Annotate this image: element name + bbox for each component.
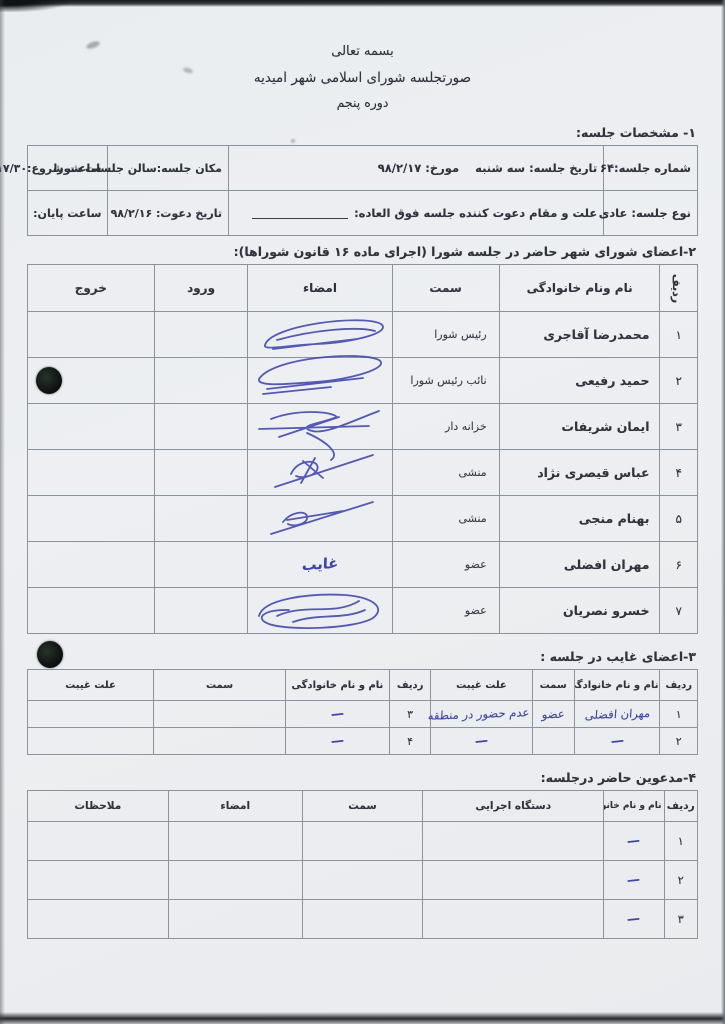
table-header-row: ردیف نام و نام خانوادگی دستگاه اجرایی سم… [28, 791, 698, 822]
table-row: ۵ بهنام منجی منشی [28, 496, 698, 542]
signature-cell [248, 358, 392, 404]
col-header-position: سمت [392, 265, 499, 312]
table-row: ۲ حمید رفیعی نائب رئیس شورا [28, 358, 698, 404]
exit-cell [28, 450, 155, 496]
member-position-cell: منشی [392, 496, 499, 542]
entry-cell [154, 450, 248, 496]
absent-name-cell: — [286, 701, 390, 728]
exit-cell [28, 542, 155, 588]
col-header-name: نام و نام خانوادگی [604, 791, 664, 822]
absent-position-cell [154, 728, 286, 755]
council-term: دوره پنجم [0, 95, 725, 110]
present-members-table: ردیف نام ونام خانوادگی سمت امضاء ورود خر… [27, 264, 698, 634]
start-time-cell: ساعت شروع:۱۷/۳۰ [28, 146, 108, 191]
exit-cell [28, 358, 155, 404]
absence-reason-cell: عدم حضور در منطقه [431, 701, 532, 728]
table-row: ۳ — [28, 900, 698, 939]
row-number-cell: ۷ [660, 588, 698, 634]
end-time-cell: ساعت پایان: [28, 191, 108, 236]
member-position-cell: نائب رئیس شورا [392, 358, 499, 404]
absent-note: غایب [302, 555, 339, 573]
col-header-reason: علت غیبت [28, 670, 154, 701]
col-header-reason: علت غیبت [431, 670, 532, 701]
col-header-entry: ورود [154, 265, 248, 312]
handwritten-dash: — [627, 872, 641, 888]
handwritten-dash: — [330, 706, 344, 722]
signature-cell [168, 900, 302, 939]
signature-ink [245, 347, 395, 399]
absence-reason-cell: — [431, 728, 532, 755]
col-header-notes: ملاحظات [28, 791, 169, 822]
signature-ink [245, 493, 395, 545]
scan-edge-bottom [0, 1012, 725, 1024]
table-row: ۶ مهران افضلی عضو غایب [28, 542, 698, 588]
session-date-cell: تاریخ جلسه: سه شنبهمورخ: ۹۸/۲/۱۷ [229, 146, 604, 191]
session-date-value: مورخ: ۹۸/۲/۱۷ [378, 161, 459, 175]
exit-cell [28, 404, 155, 450]
col-header-row-number: ردیف [664, 791, 698, 822]
member-name-cell: خسرو نصریان [499, 588, 660, 634]
row-number-cell: ۲ [660, 728, 698, 755]
col-header-position: سمت [302, 791, 423, 822]
section3-heading: ۳-اعضای غایب در جلسه : [29, 649, 696, 664]
member-position-cell: خزانه دار [392, 404, 499, 450]
entry-cell [154, 496, 248, 542]
session-number-cell: شماره جلسه:۶۴ [604, 146, 698, 191]
col-header-row-number: ردیف [660, 265, 698, 312]
row-number-cell: ۳ [664, 900, 698, 939]
invitee-name-cell: — [604, 822, 664, 861]
member-name-cell: عباس قیصری نژاد [499, 450, 660, 496]
handwritten-dash: — [610, 733, 624, 749]
row-number-header-label: ردیف [670, 274, 683, 303]
notes-cell [28, 900, 169, 939]
entry-cell [154, 542, 248, 588]
col-header-position: سمت [532, 670, 574, 701]
exit-cell [28, 312, 155, 358]
col-header-row-number: ردیف [660, 670, 698, 701]
entry-cell [154, 312, 248, 358]
row-number-cell: ۱ [660, 701, 698, 728]
exit-cell [28, 588, 155, 634]
handwritten-reason: عدم حضور در منطقه [428, 705, 531, 723]
col-header-name: نام و نام خانوادگی [286, 670, 390, 701]
blank-line [252, 208, 348, 219]
member-name-cell: حمید رفیعی [499, 358, 660, 404]
row-number-cell: ۱ [660, 312, 698, 358]
signature-cell [248, 404, 392, 450]
absent-position-cell [154, 701, 286, 728]
col-header-name: نام و نام خانوادگی [574, 670, 660, 701]
row-number-cell: ۲ [664, 861, 698, 900]
col-header-position: سمت [154, 670, 286, 701]
table-row: ۱ مهران افضلی عضو عدم حضور در منطقه ۳ — [28, 701, 698, 728]
absent-position-cell [532, 728, 574, 755]
member-position-cell: عضو [392, 588, 499, 634]
extraordinary-reason-cell: علت و مقام دعوت کننده جلسه فوق العاده: [229, 191, 604, 236]
row-number-cell: ۴ [389, 728, 431, 755]
row-number-cell: ۴ [660, 450, 698, 496]
table-row: شماره جلسه:۶۴ تاریخ جلسه: سه شنبهمورخ: ۹… [28, 146, 698, 191]
agency-cell [423, 861, 604, 900]
row-number-cell: ۲ [660, 358, 698, 404]
section1-heading: ۱- مشخصات جلسه: [29, 125, 696, 140]
session-date-label: تاریخ جلسه: سه شنبه [475, 161, 597, 175]
entry-cell [154, 404, 248, 450]
extraordinary-reason-label: علت و مقام دعوت کننده جلسه فوق العاده: [354, 206, 597, 220]
member-name-cell: بهنام منجی [499, 496, 660, 542]
agency-cell [423, 900, 604, 939]
handwritten-dash: — [627, 833, 641, 849]
member-name-cell: ایمان شریفات [499, 404, 660, 450]
position-cell [302, 822, 423, 861]
handwritten-dash: — [474, 733, 488, 749]
table-row: ۲ — — ۴ — [28, 728, 698, 755]
invitee-name-cell: — [604, 900, 664, 939]
session-type-cell: نوع جلسه: عادی [604, 191, 698, 236]
col-header-name: نام ونام خانوادگی [499, 265, 660, 312]
position-cell [302, 861, 423, 900]
row-number-cell: ۱ [664, 822, 698, 861]
signature-cell [168, 861, 302, 900]
handwritten-name: مهران افضلی [584, 706, 650, 722]
signature-ink [245, 585, 395, 637]
member-position-cell: منشی [392, 450, 499, 496]
session-location-cell: مکان جلسه:سالن جلسات شورا [108, 146, 229, 191]
agency-cell [423, 822, 604, 861]
table-row: ۱ — [28, 822, 698, 861]
member-position-cell: عضو [392, 542, 499, 588]
scan-edge-left [0, 0, 5, 1024]
member-name-cell: مهران افضلی [499, 542, 660, 588]
invitee-name-cell: — [604, 861, 664, 900]
bismillah-line: بسمه تعالی [0, 44, 725, 59]
absent-members-table: ردیف نام و نام خانوادگی سمت علت غیبت ردی… [27, 669, 698, 755]
table-row: ۴ عباس قیصری نژاد منشی [28, 450, 698, 496]
handwritten-position: عضو [541, 707, 565, 722]
scanned-page: بسمه تعالی صورتجلسه شورای اسلامی شهر امی… [0, 0, 725, 1024]
signature-ink [245, 447, 395, 499]
absent-name-cell: مهران افضلی [574, 701, 660, 728]
exit-cell [28, 496, 155, 542]
row-number-cell: ۵ [660, 496, 698, 542]
row-number-cell: ۳ [389, 701, 431, 728]
absent-name-cell: — [286, 728, 390, 755]
signature-cell [168, 822, 302, 861]
table-row: نوع جلسه: عادی علت و مقام دعوت کننده جلس… [28, 191, 698, 236]
invitees-table: ردیف نام و نام خانوادگی دستگاه اجرایی سم… [27, 790, 698, 939]
section2-heading: ۲-اعضای شورای شهر حاضر در جلسه شورا (اجر… [29, 244, 696, 259]
invite-date-cell: تاریخ دعوت: ۹۸/۲/۱۶ [108, 191, 229, 236]
signature-cell: غایب [248, 542, 392, 588]
table-row: ۷ خسرو نصریان عضو [28, 588, 698, 634]
row-number-cell: ۶ [660, 542, 698, 588]
section4-heading: ۴-مدعوین حاضر درجلسه: [29, 770, 696, 785]
absence-reason-cell [28, 728, 154, 755]
table-row: ۲ — [28, 861, 698, 900]
member-position-cell: رئیس شورا [392, 312, 499, 358]
position-cell [302, 900, 423, 939]
notes-cell [28, 822, 169, 861]
handwritten-dash: — [627, 911, 641, 927]
table-row: ۳ ایمان شریفات خزانه دار [28, 404, 698, 450]
col-header-row-number: ردیف [389, 670, 431, 701]
signature-cell [248, 450, 392, 496]
scan-edge-right [721, 0, 725, 1024]
notes-cell [28, 861, 169, 900]
col-header-exit: خروج [28, 265, 155, 312]
absent-position-cell: عضو [532, 701, 574, 728]
entry-cell [154, 358, 248, 404]
col-header-agency: دستگاه اجرایی [423, 791, 604, 822]
table-header-row: ردیف نام و نام خانوادگی سمت علت غیبت ردی… [28, 670, 698, 701]
document-body: ۱- مشخصات جلسه: شماره جلسه:۶۴ تاریخ جلسه… [0, 125, 725, 939]
scan-corner-dark [0, 0, 70, 12]
col-header-signature: امضاء [168, 791, 302, 822]
scan-edge-top [0, 0, 725, 7]
member-name-cell: محمدرضا آقاجری [499, 312, 660, 358]
signature-cell [248, 496, 392, 542]
signature-cell [248, 588, 392, 634]
document-header: بسمه تعالی صورتجلسه شورای اسلامی شهر امی… [0, 0, 725, 110]
absence-reason-cell [28, 701, 154, 728]
col-header-signature: امضاء [248, 265, 392, 312]
row-number-cell: ۳ [660, 404, 698, 450]
table-header-row: ردیف نام ونام خانوادگی سمت امضاء ورود خر… [28, 265, 698, 312]
handwritten-dash: — [330, 733, 344, 749]
entry-cell [154, 588, 248, 634]
meeting-info-table: شماره جلسه:۶۴ تاریخ جلسه: سه شنبهمورخ: ۹… [27, 145, 698, 236]
document-title: صورتجلسه شورای اسلامی شهر امیدیه [0, 70, 725, 86]
absent-name-cell: — [574, 728, 660, 755]
